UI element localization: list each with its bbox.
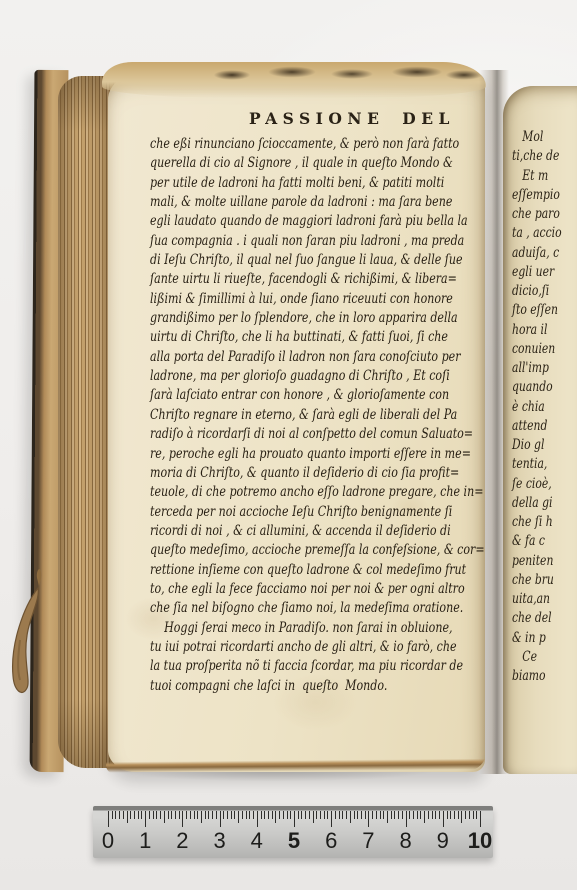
text-line: radiſo à ricordarſi di noi al conſpetto … (150, 425, 485, 444)
ruler-number: 5 (288, 829, 300, 853)
text-line: di Ieſu Chriſto, il qual nel ſuo ſangue … (150, 251, 485, 270)
text-line-fragment: ti,che de (512, 147, 577, 166)
text-line-fragment: che bru (512, 571, 577, 590)
right-page-text: Molti,che de Et meſſempioche parota , ac… (512, 128, 577, 686)
text-line: queſto medeſimo, accioche premeſſa la co… (150, 541, 485, 560)
text-line-fragment: uita,an (512, 590, 577, 609)
text-line: ricordi di noi , & ci allumini, & accend… (150, 522, 485, 541)
photo-of-open-book: PASSIONE DEL che eßi rinunciano ſcioccam… (0, 0, 577, 890)
leather-tie (0, 560, 60, 720)
ruler-number: 0 (102, 829, 114, 853)
text-line-fragment: peniten (512, 552, 577, 571)
text-line-fragment: Mol (512, 128, 577, 147)
text-line: to, che egli la fece facciamo noi per no… (150, 580, 485, 599)
text-line-fragment: che ſi h (512, 513, 577, 532)
ruler-number: 1 (139, 829, 151, 853)
text-line: moria di Chriſto, & quanto il deſiderio … (150, 464, 485, 483)
text-line: Hoggi ſerai meco in Paradiſo. non ſarai … (150, 619, 485, 638)
text-line-fragment: Dio gl (512, 436, 577, 455)
page-top-edge-ink-marks (102, 62, 486, 98)
text-line-fragment: dicio,ſi (512, 282, 577, 301)
text-line: ſarà laſciato entrar con honore , & glor… (150, 386, 485, 405)
text-line: ladrone, ma per glorioſo guadagno di Chr… (150, 367, 485, 386)
text-line: mali, & molte uillane parole da ladroni … (150, 193, 485, 212)
text-line: lißimi & ſimillimi à lui, onde ſiano ric… (150, 290, 485, 309)
text-line-fragment: & in p (512, 629, 577, 648)
text-line: grandißimo per lo ſplendore, che in loro… (150, 309, 485, 328)
ruler-number: 7 (362, 829, 374, 853)
text-line: tuoi compagni che laſci in queſto Mondo. (150, 677, 485, 696)
text-line: re, peroche egli ha prouato quanto impor… (150, 445, 485, 464)
ruler-number: 9 (437, 829, 449, 853)
gutter-shadow (479, 70, 509, 774)
text-line-fragment: ta , accio (512, 224, 577, 243)
page-bottom-edge (106, 752, 486, 773)
text-line: rettione inſieme con queſto ladrone & co… (150, 561, 485, 580)
text-line-fragment: Et m (512, 167, 577, 186)
text-line-fragment: che paro (512, 205, 577, 224)
text-line: ſante uirtu li riueſte, facendogli & ric… (150, 270, 485, 289)
ruler-number: 2 (176, 829, 188, 853)
ruler-number: 10 (468, 829, 492, 853)
text-line-fragment: della gi (512, 494, 577, 513)
ruler-labels: 012345678910 (93, 806, 493, 858)
text-line-fragment: conuien (512, 340, 577, 359)
text-line: teuole, di che potremo ancho eſſo ladron… (150, 483, 485, 502)
left-page-text-lines: che eßi rinunciano ſcioccamente, & però … (150, 135, 482, 696)
left-page-text: PASSIONE DEL che eßi rinunciano ſcioccam… (150, 108, 482, 696)
text-line: querella di cio al Signore , il quale in… (150, 154, 485, 173)
text-line: che ſia nel biſogno che ſiamo noi, la me… (150, 599, 485, 618)
text-line: terceda per noi accioche Ieſu Chriſto be… (150, 503, 485, 522)
text-line-fragment: ſe cioè, (512, 475, 577, 494)
ruler-number: 4 (251, 829, 263, 853)
text-line: tu iui potrai ricordarti ancho de gli al… (150, 638, 485, 657)
text-line: uirtu di Chriſto, che li ha buttinati, &… (150, 328, 485, 347)
text-line: ſua compagnia . i quali non ſaran piu la… (150, 232, 485, 251)
text-line-fragment: eſſempio (512, 186, 577, 205)
text-line-fragment: tentia, (512, 455, 577, 474)
text-line-fragment: egli uer (512, 263, 577, 282)
text-line-fragment: attend (512, 417, 577, 436)
ruler: 012345678910 (93, 806, 493, 858)
text-line-fragment: hora il (512, 321, 577, 340)
right-page: Molti,che de Et meſſempioche parota , ac… (503, 86, 577, 774)
text-line-fragment: Ce (512, 648, 577, 667)
text-line-fragment: & fa c (512, 532, 577, 551)
text-line-fragment: che del (512, 609, 577, 628)
text-line-fragment: all'imp (512, 359, 577, 378)
text-line-fragment: quando (512, 378, 577, 397)
text-line: che eßi rinunciano ſcioccamente, & però … (150, 135, 485, 154)
ruler-number: 8 (399, 829, 411, 853)
text-line: la tua proſperita nõ ti faccia ſcordar, … (150, 657, 485, 676)
ruler-number: 6 (325, 829, 337, 853)
text-line-fragment: biamo (512, 667, 577, 686)
text-line: egli laudato quando de maggiori ladroni … (150, 212, 485, 231)
text-line: Chriſto regnare in eterno, & ſarà egli d… (150, 406, 485, 425)
text-line-fragment: è chia (512, 398, 577, 417)
text-line: alla porta del Paradiſo il ladron non ſa… (150, 348, 485, 367)
text-line: per utile de ladroni ha fatti molti beni… (150, 174, 485, 193)
text-line-fragment: aduiſa, c (512, 244, 577, 263)
text-line-fragment: ſto eſſen (512, 301, 577, 320)
running-header: PASSIONE DEL (150, 108, 482, 130)
ruler-number: 3 (213, 829, 225, 853)
